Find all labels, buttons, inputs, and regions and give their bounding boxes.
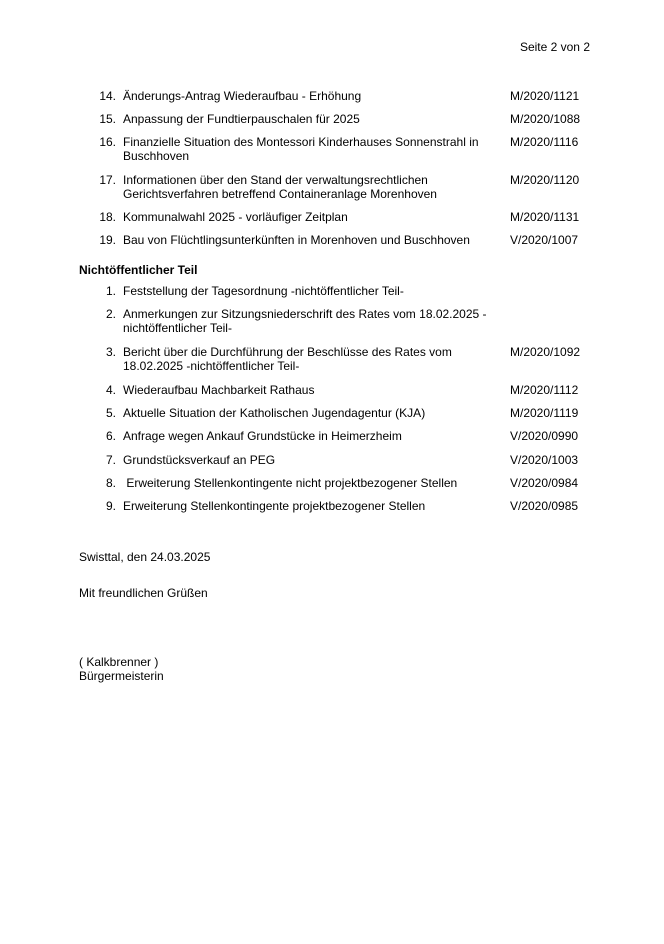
item-reference: M/2020/1119 [510, 406, 578, 420]
item-title: Feststellung der Tagesordnung -nichtöffe… [123, 284, 503, 298]
greeting: Mit freundlichen Grüßen [79, 586, 208, 600]
item-reference: M/2020/1088 [510, 112, 580, 126]
item-number: 9. [80, 499, 116, 513]
item-number: 4. [80, 383, 116, 397]
item-title: Erweiterung Stellenkontingente projektbe… [123, 499, 503, 513]
item-number: 8. [80, 476, 116, 490]
item-title: Kommunalwahl 2025 - vorläufiger Zeitplan [123, 210, 503, 224]
item-number: 17. [80, 173, 116, 187]
item-title: Anpassung der Fundtierpauschalen für 202… [123, 112, 503, 126]
item-reference: M/2020/1116 [510, 135, 578, 149]
item-title: Grundstücksverkauf an PEG [123, 453, 503, 467]
item-number: 6. [80, 429, 116, 443]
item-number: 18. [80, 210, 116, 224]
page-number: Seite 2 von 2 [520, 40, 590, 54]
item-title: Bericht über die Durchführung der Beschl… [123, 345, 503, 373]
item-reference: M/2020/1131 [510, 210, 579, 224]
item-title: Anfrage wegen Ankauf Grundstücke in Heim… [123, 429, 503, 443]
item-number: 19. [80, 233, 116, 247]
item-title: Erweiterung Stellenkontingente nicht pro… [123, 476, 503, 490]
item-reference: V/2020/0990 [510, 429, 578, 443]
item-number: 16. [80, 135, 116, 149]
item-reference: V/2020/1007 [510, 233, 578, 247]
item-reference: V/2020/0984 [510, 476, 578, 490]
signer-title: Bürgermeisterin [79, 669, 164, 683]
item-title: Anmerkungen zur Sitzungsniederschrift de… [123, 307, 503, 335]
item-reference: V/2020/1003 [510, 453, 578, 467]
item-number: 3. [80, 345, 116, 359]
item-reference: M/2020/1092 [510, 345, 580, 359]
item-number: 14. [80, 89, 116, 103]
signer-name: ( Kalkbrenner ) [79, 655, 158, 669]
item-title: Aktuelle Situation der Katholischen Juge… [123, 406, 503, 420]
item-reference: M/2020/1120 [510, 173, 579, 187]
item-reference: M/2020/1121 [510, 89, 579, 103]
item-number: 2. [80, 307, 116, 321]
item-title: Änderungs-Antrag Wiederaufbau - Erhöhung [123, 89, 503, 103]
place-date: Swisttal, den 24.03.2025 [79, 550, 210, 564]
item-reference: V/2020/0985 [510, 499, 578, 513]
item-number: 15. [80, 112, 116, 126]
item-title: Bau von Flüchtlingsunterkünften in Moren… [123, 233, 503, 247]
item-title: Informationen über den Stand der verwalt… [123, 173, 503, 201]
section-heading: Nichtöffentlicher Teil [79, 263, 197, 277]
item-number: 7. [80, 453, 116, 467]
item-number: 1. [80, 284, 116, 298]
item-title: Wiederaufbau Machbarkeit Rathaus [123, 383, 503, 397]
item-title: Finanzielle Situation des Montessori Kin… [123, 135, 503, 163]
item-number: 5. [80, 406, 116, 420]
item-reference: M/2020/1112 [510, 383, 578, 397]
